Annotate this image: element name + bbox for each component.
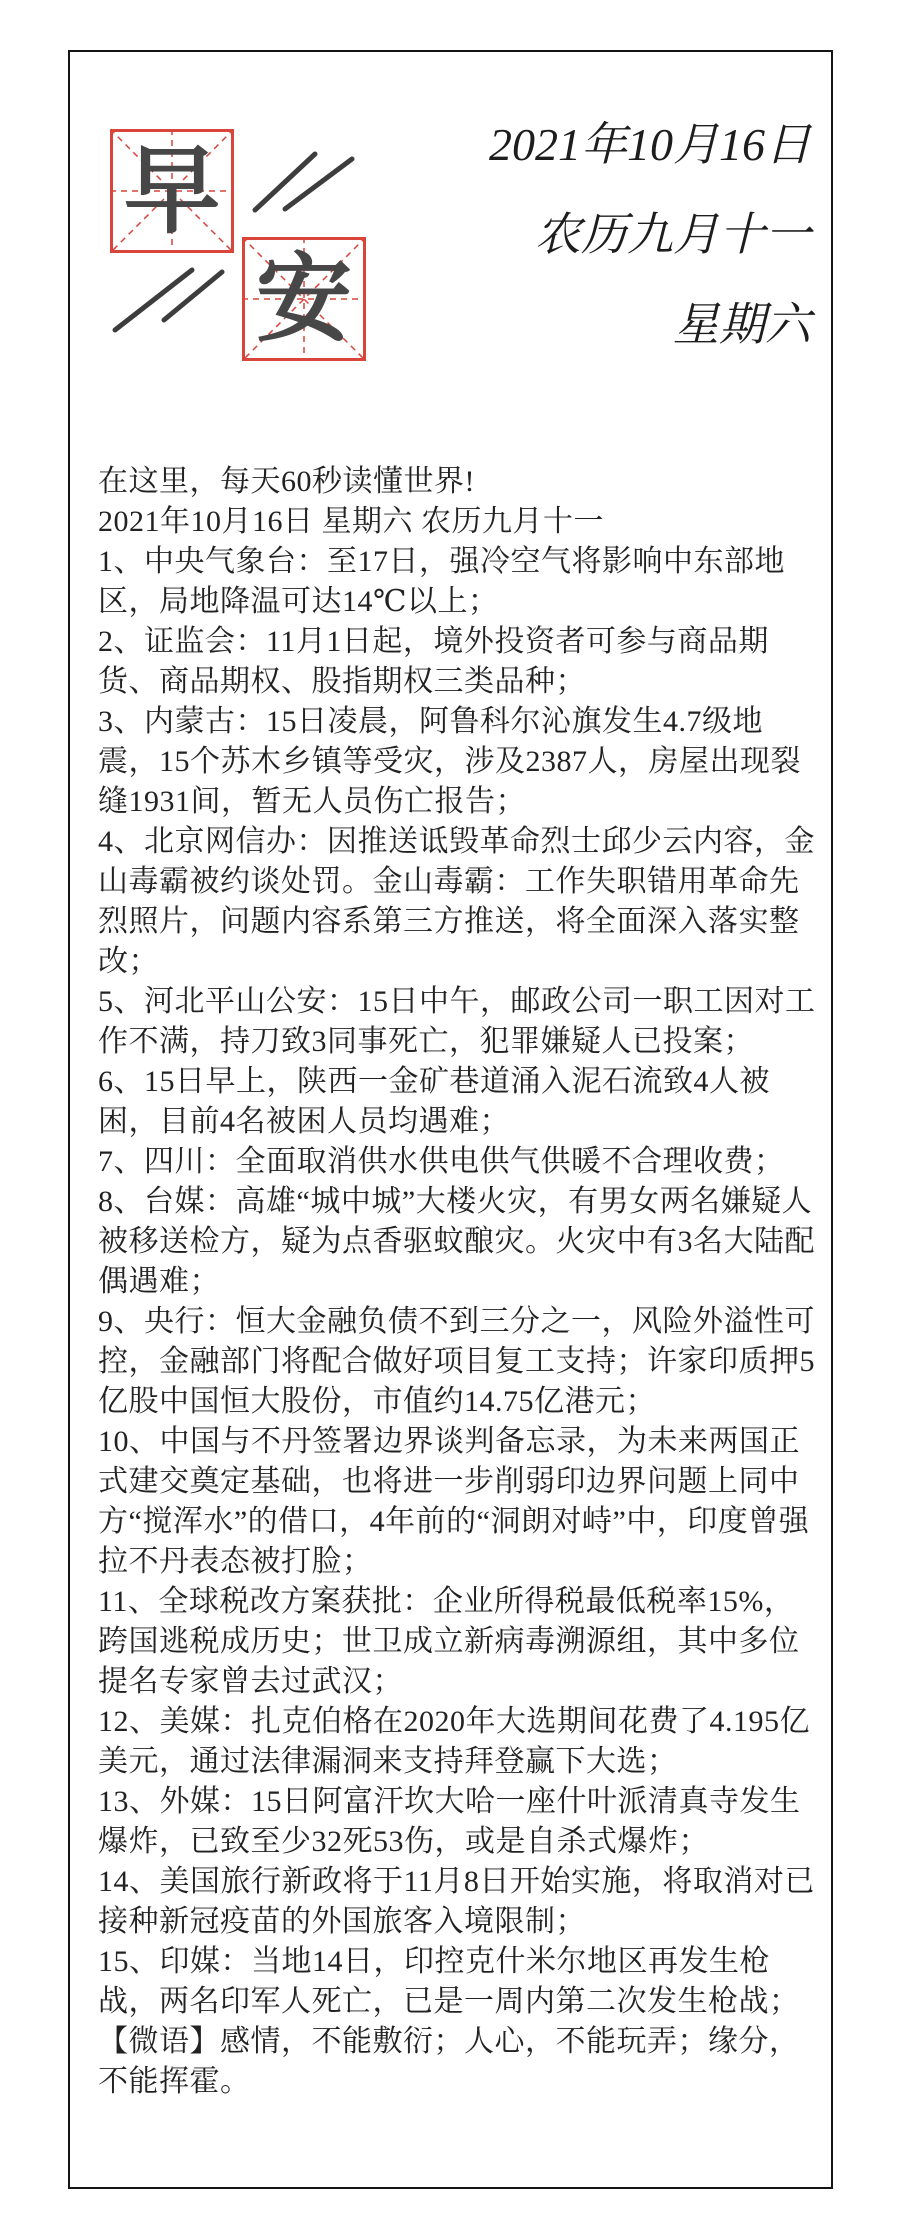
news-item: 11、全球税改方案获批：企业所得税最低税率15%，跨国逃税成历史；世卫成立新病毒… (98, 1582, 819, 1702)
news-item: 14、美国旅行新政将于11月8日开始实施，将取消对已接种新冠疫苗的外国旅客入境限… (98, 1862, 819, 1942)
news-item: 13、外媒：15日阿富汗坎大哈一座什叶派清真寺发生爆炸，已致至少32死53伤，或… (98, 1782, 819, 1862)
news-item: 2、证监会：11月1日起，境外投资者可参与商品期货、商品期权、股指期权三类品种； (98, 622, 819, 702)
news-item: 5、河北平山公安：15日中午，邮政公司一职工因对工作不满，持刀致3同事死亡，犯罪… (98, 982, 819, 1062)
date-line-weekday: 星期六 (489, 280, 811, 370)
page-canvas: 早 安 2021年10月16日 农历九月十一 星期六 在这里，每天60秒读懂世界… (0, 0, 900, 2240)
news-item: 4、北京网信办：因推送诋毁革命烈士邱少云内容，金山毒霸被约谈处罚。金山毒霸：工作… (98, 822, 819, 982)
news-item: 1、中央气象台：至17日，强冷空气将影响中东部地区，局地降温可达14℃以上； (98, 542, 819, 622)
body-date-line: 2021年10月16日 星期六 农历九月十一 (98, 502, 819, 542)
zaoan-logo: 早 安 (70, 52, 410, 392)
weiyu-line: 【微语】感情，不能敷衍；人心，不能玩弄；缘分，不能挥霍。 (98, 2022, 819, 2102)
header-date: 2021年10月16日 农历九月十一 星期六 (489, 100, 811, 370)
mizige-box-zao: 早 (110, 129, 234, 253)
news-body: 在这里，每天60秒读懂世界! 2021年10月16日 星期六 农历九月十一 1、… (98, 462, 819, 2102)
intro-line: 在这里，每天60秒读懂世界! (98, 462, 819, 502)
news-card: 早 安 2021年10月16日 农历九月十一 星期六 在这里，每天60秒读懂世界… (68, 50, 833, 2189)
logo-char-zao: 早 (110, 129, 234, 253)
news-item: 8、台媒：高雄“城中城”大楼火灾，有男女两名嫌疑人被移送检方，疑为点香驱蚊酿灾。… (98, 1182, 819, 1302)
news-item: 9、央行：恒大金融负债不到三分之一，风险外溢性可控，金融部门将配合做好项目复工支… (98, 1302, 819, 1422)
news-item: 6、15日早上，陕西一金矿巷道涌入泥石流致4人被困，目前4名被困人员均遇难； (98, 1062, 819, 1142)
date-line-lunar: 农历九月十一 (489, 190, 811, 280)
news-item: 15、印媒：当地14日，印控克什米尔地区再发生枪战，两名印军人死亡，已是一周内第… (98, 1942, 819, 2022)
news-item: 3、内蒙古：15日凌晨，阿鲁科尔沁旗发生4.7级地震，15个苏木乡镇等受灾，涉及… (98, 702, 819, 822)
news-item: 7、四川：全面取消供水供电供气供暖不合理收费； (98, 1142, 819, 1182)
news-item: 12、美媒：扎克伯格在2020年大选期间花费了4.195亿美元，通过法律漏洞来支… (98, 1702, 819, 1782)
date-line-gregorian: 2021年10月16日 (489, 100, 811, 190)
news-item: 10、中国与不丹签署边界谈判备忘录，为未来两国正式建交奠定基础，也将进一步削弱印… (98, 1422, 819, 1582)
mizige-box-an: 安 (242, 237, 366, 361)
news-list: 1、中央气象台：至17日，强冷空气将影响中东部地区，局地降温可达14℃以上；2、… (98, 542, 819, 2022)
logo-char-an: 安 (242, 237, 366, 361)
